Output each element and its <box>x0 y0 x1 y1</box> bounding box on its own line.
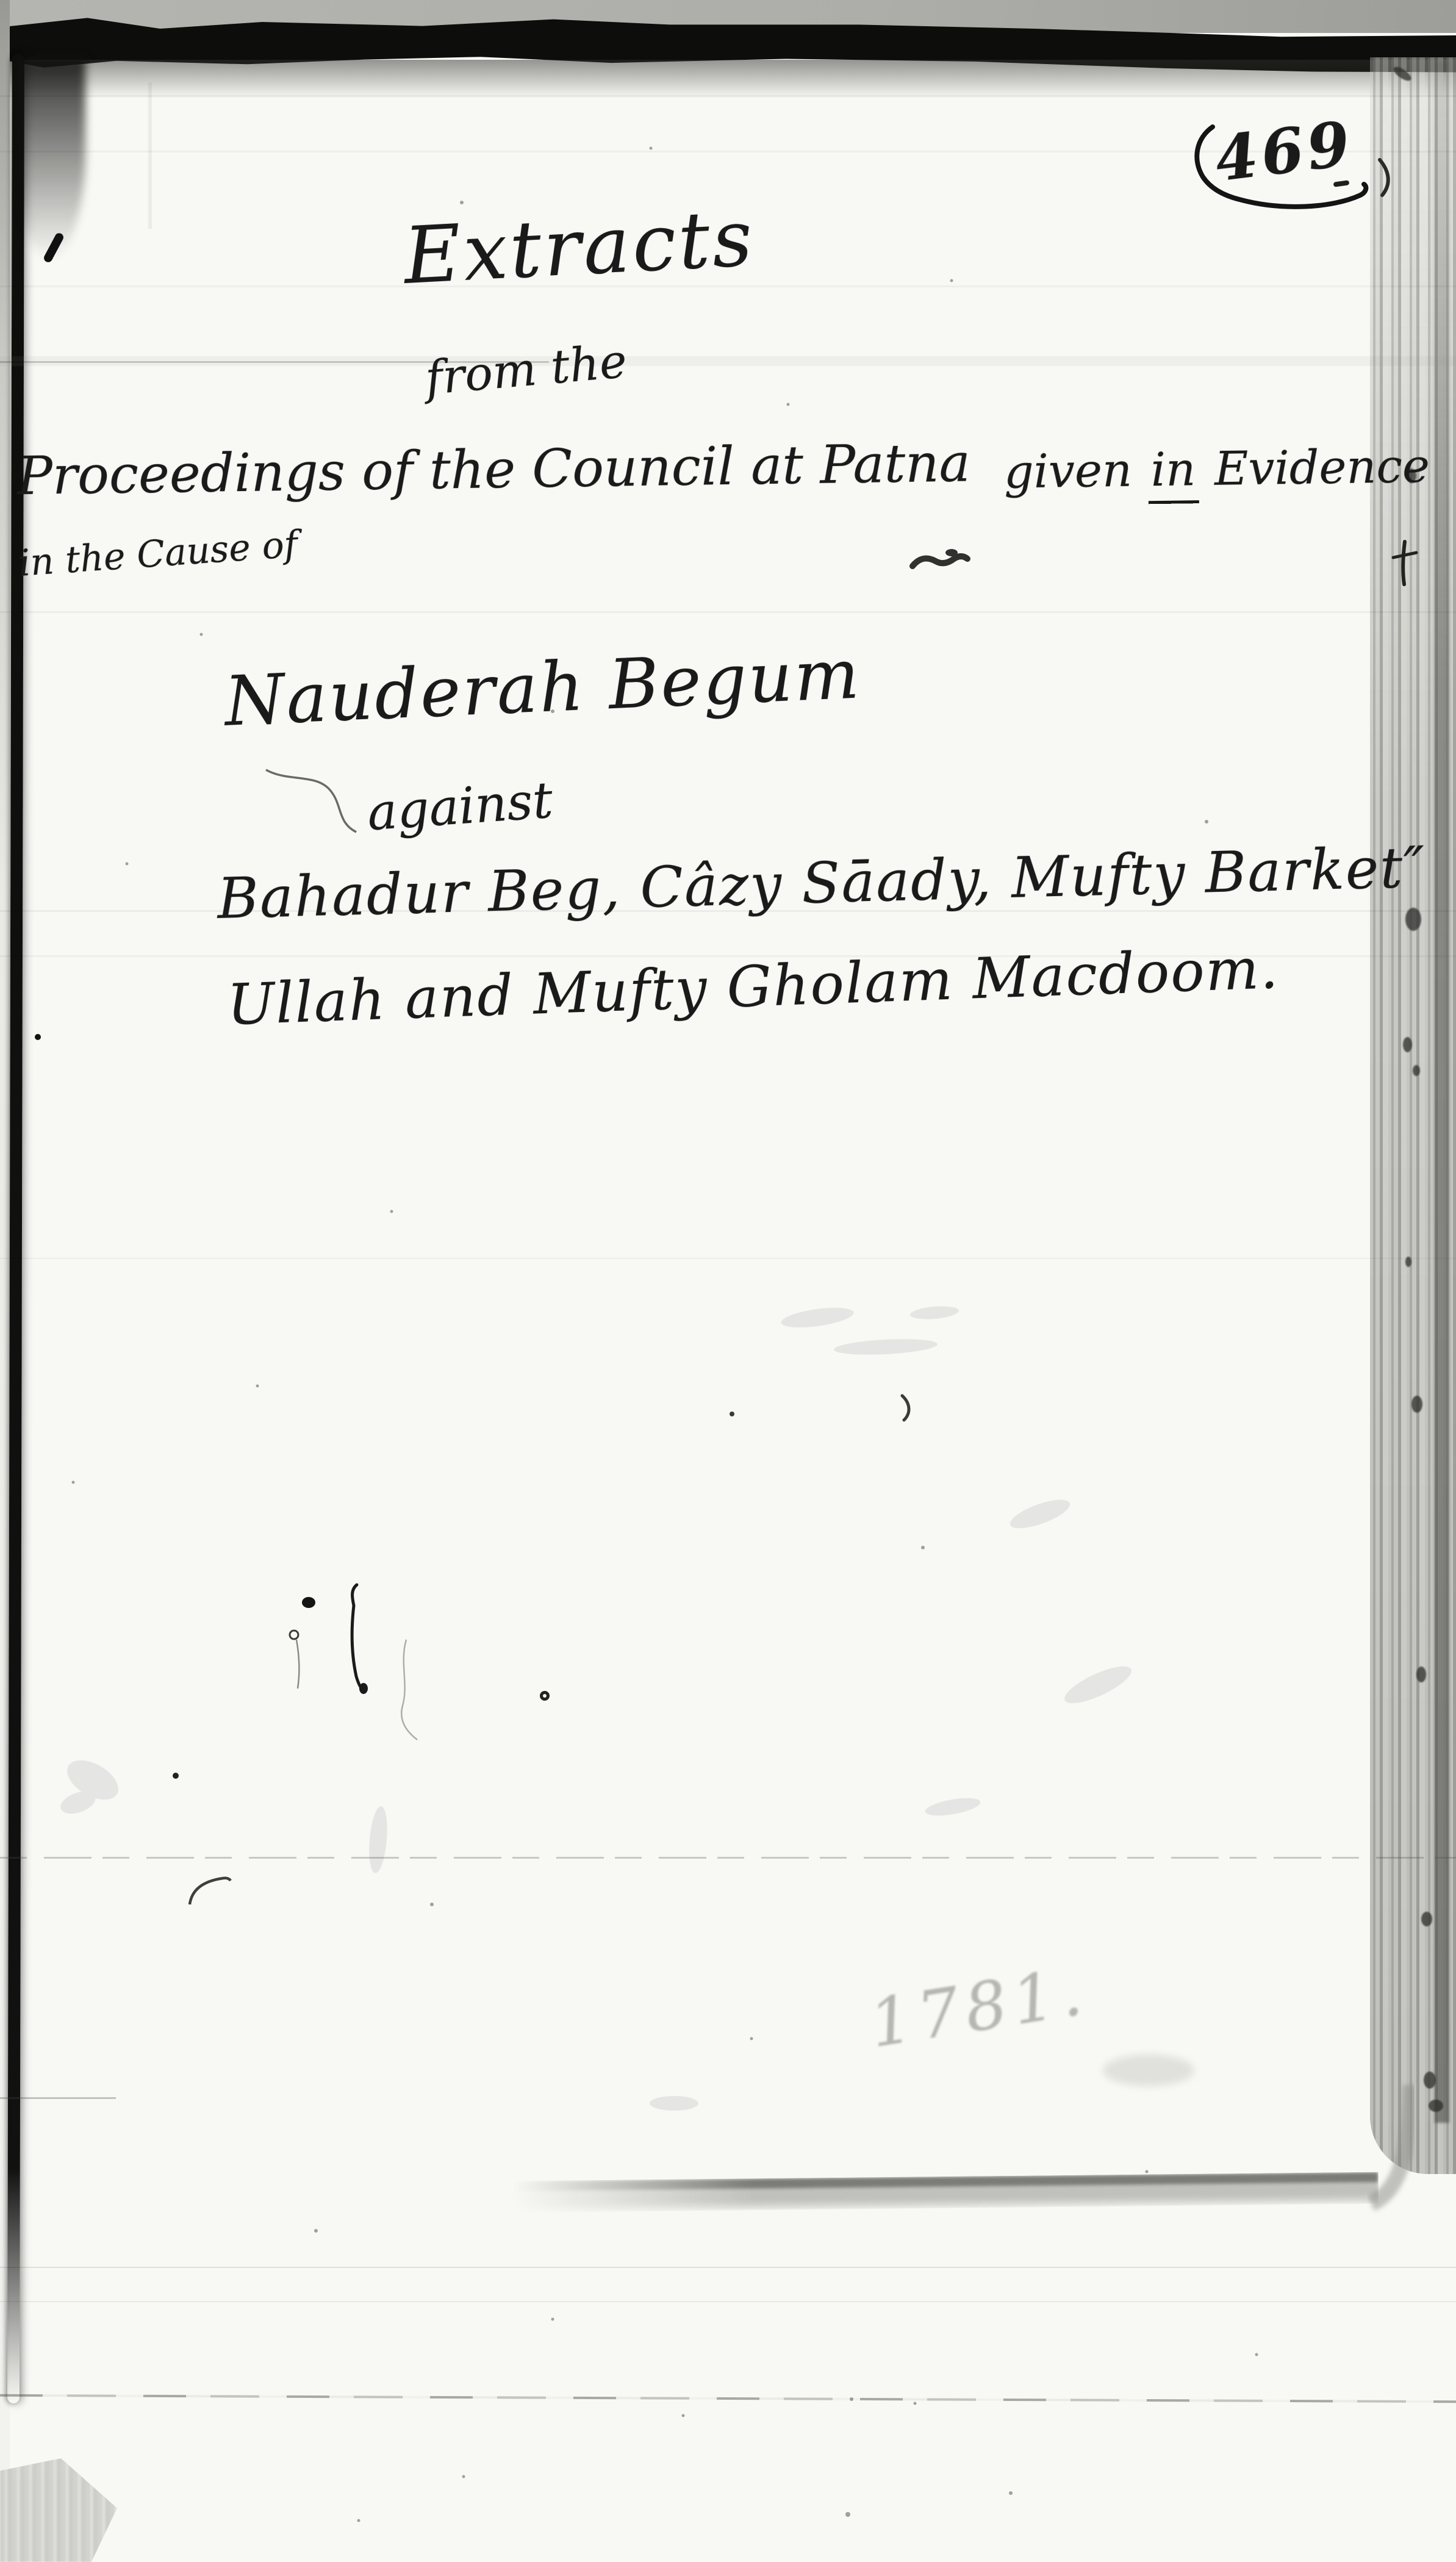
ink-dot <box>35 1034 41 1040</box>
stray-paren-mark <box>1380 160 1388 195</box>
word-in-underlined: in <box>1147 442 1199 504</box>
pen-squiggle <box>266 770 356 832</box>
ink-ring-blob <box>540 1691 550 1701</box>
ink-vertical-stroke <box>352 1585 368 1694</box>
ink-blob <box>302 1597 315 1608</box>
page-title: Extracts <box>402 199 756 296</box>
ink-speck <box>173 1773 179 1779</box>
given-in-evidence-phrase: giveninEvidence <box>1003 439 1430 499</box>
stray-paren-mark-2 <box>902 1396 909 1420</box>
page-corner-curve <box>1371 2085 1410 2203</box>
folio-number: 469 <box>1212 113 1357 190</box>
word-evidence: Evidence <box>1214 439 1430 496</box>
ink-dash-left-margin <box>43 232 65 264</box>
ink-marks-overlay <box>0 0 1456 2562</box>
ink-smudge-under-evidence <box>913 549 967 566</box>
ink-speck <box>730 1412 734 1416</box>
versus-word: against <box>366 775 554 838</box>
manuscript-scan-page: 469 Extracts from the Proceedings of the… <box>0 0 1456 2562</box>
ink-ring-with-tail <box>290 1631 299 1688</box>
word-given: given <box>1003 443 1132 499</box>
faint-wavy-stroke <box>401 1640 417 1740</box>
ink-hook-mark <box>190 1878 231 1904</box>
stray-cross-mark <box>1393 542 1416 584</box>
